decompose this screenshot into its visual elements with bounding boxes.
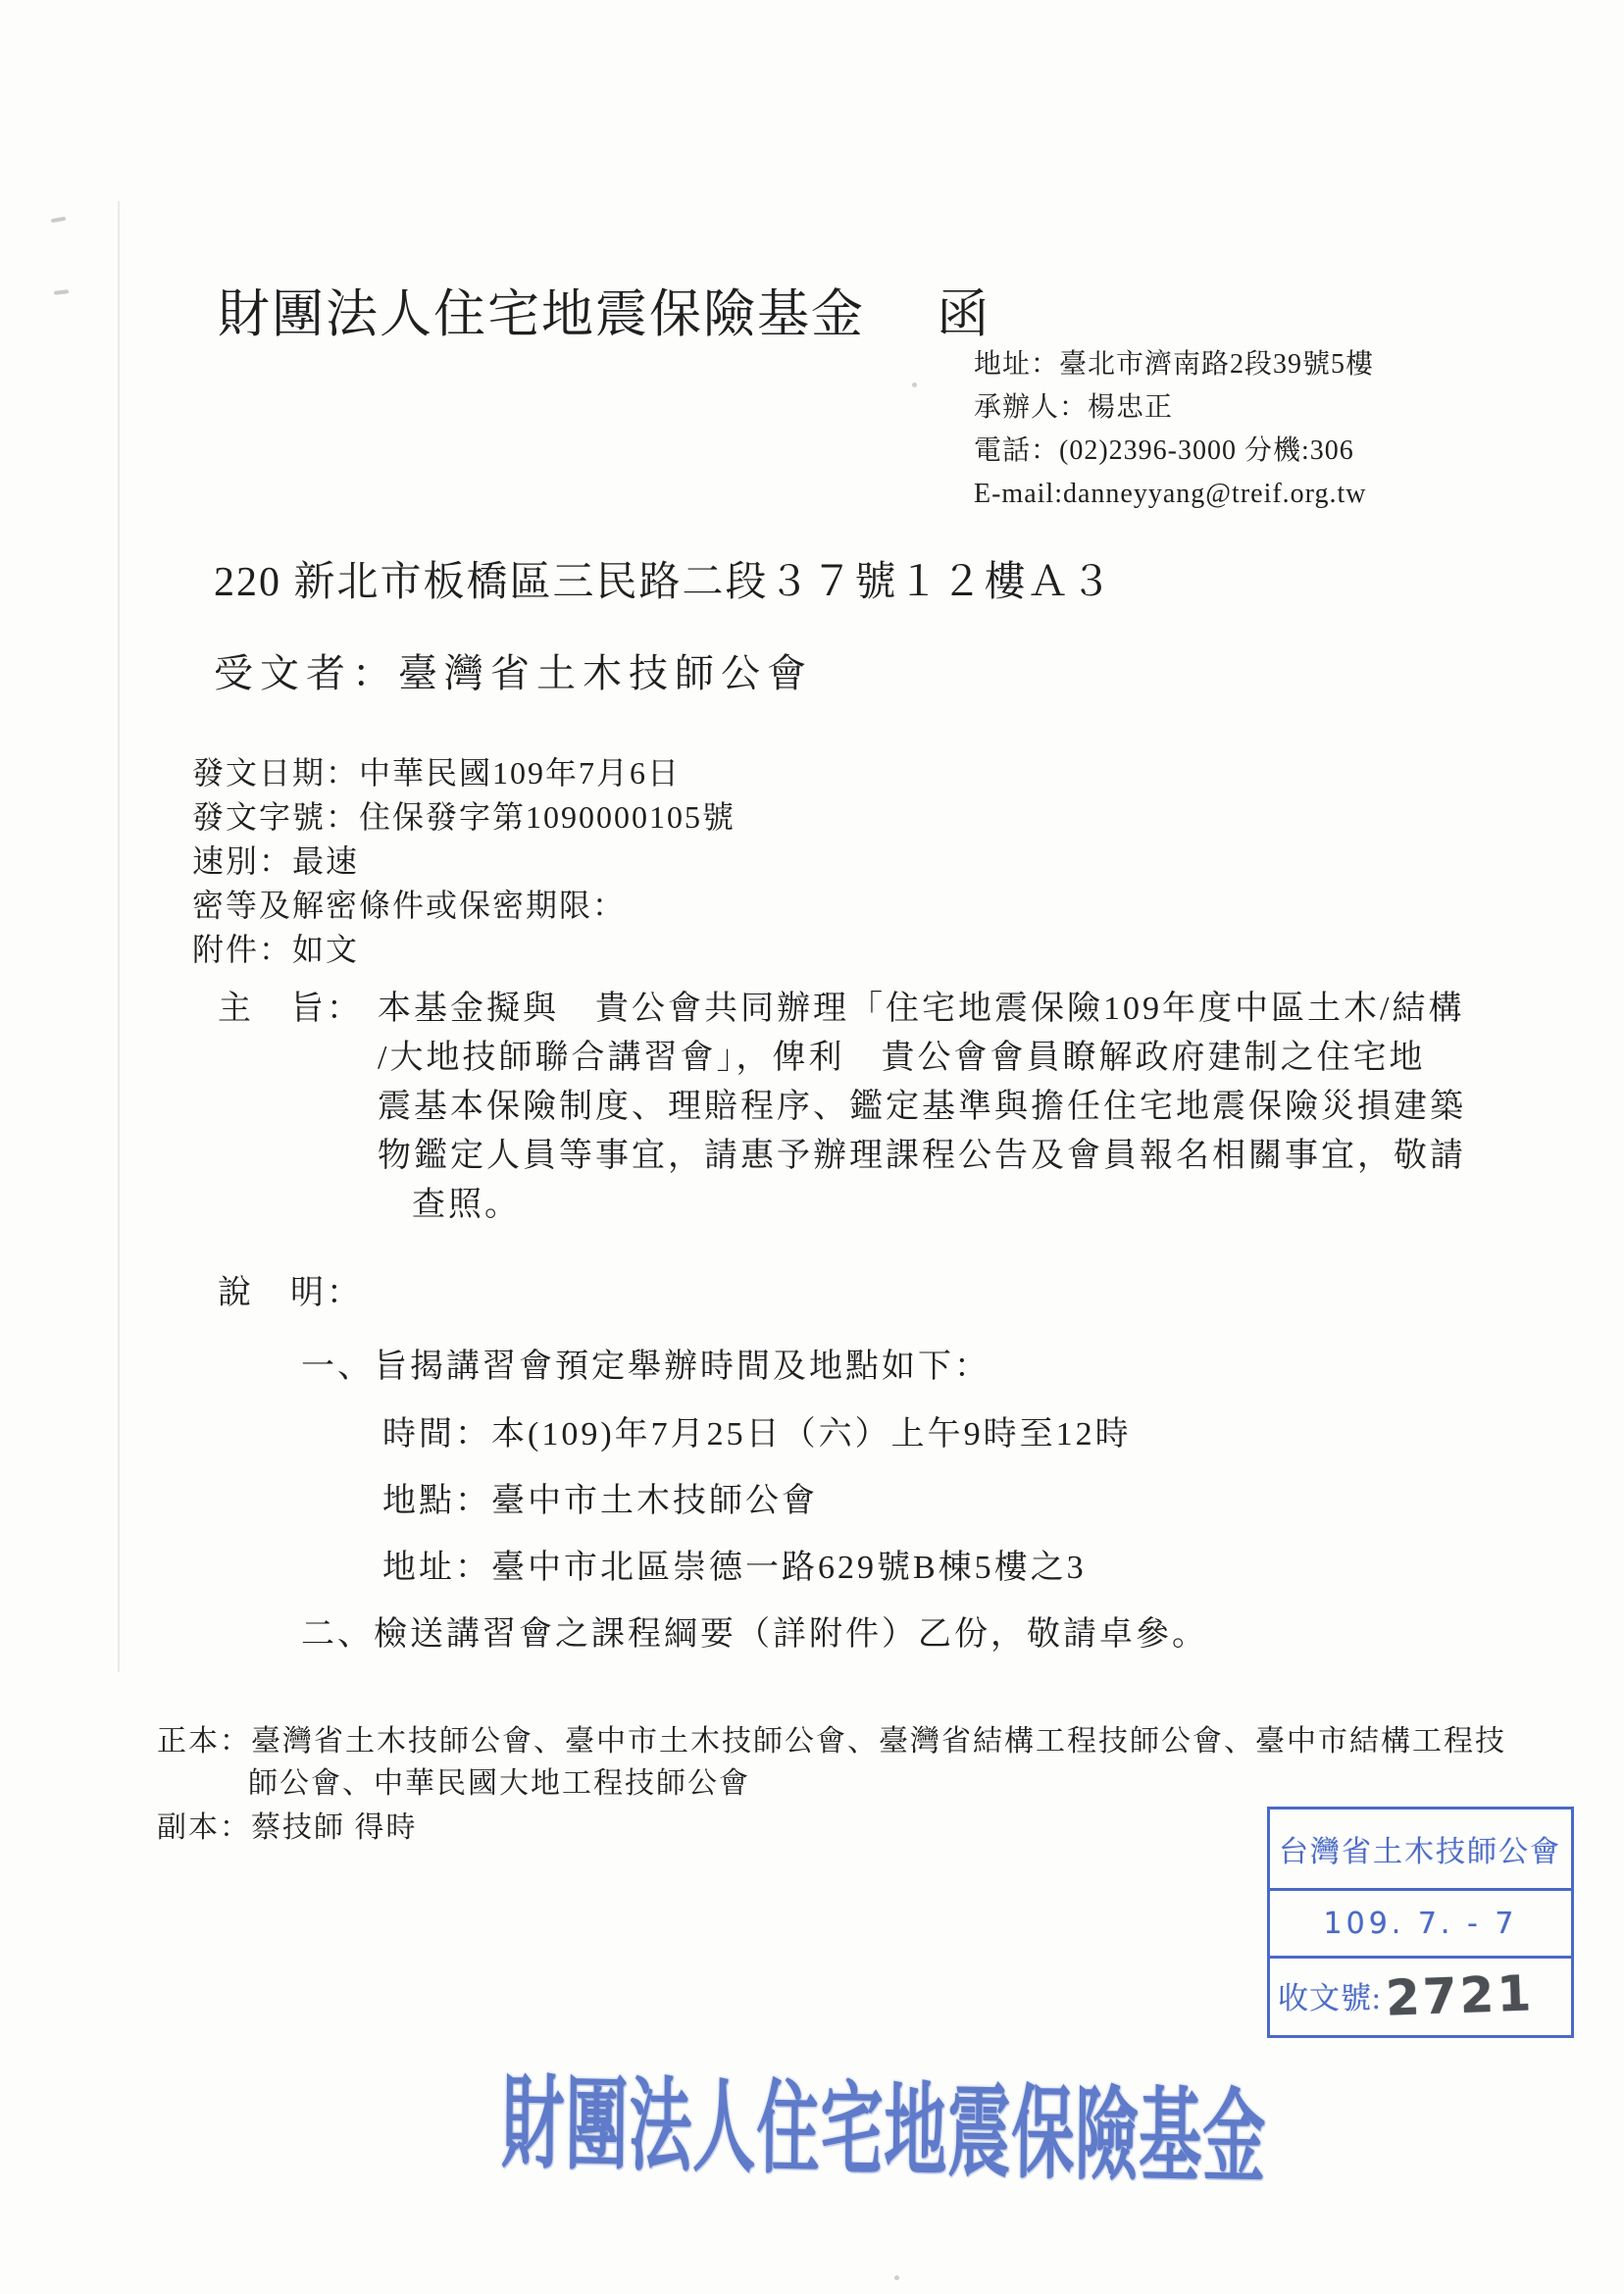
receipt-number-label: 收文號:	[1278, 1973, 1382, 2017]
subject-line: /大地技師聯合講習會」，俾利 貴公會會員瞭解政府建制之住宅地	[378, 1030, 1425, 1078]
subject-label: 主 旨：	[218, 981, 363, 1029]
meta-doc-number: 發文字號：住保發字第1090000105號	[192, 792, 736, 838]
event-time: 時間：本(109)年7月25日（六）上午9時至12時	[382, 1406, 1132, 1454]
meta-security: 密等及解密條件或保密期限：	[192, 881, 626, 926]
sender-contact-person: 承辦人：楊忠正	[974, 386, 1374, 430]
recipient-addressee: 受文者：臺灣省土木技師公會	[214, 642, 813, 698]
receipt-stamp-number-row: 收文號: 2721	[1270, 1956, 1571, 2032]
sender-phone: 電話：(02)2396-3000 分機:306	[974, 430, 1374, 473]
distribution-copy: 副本：蔡技師 得時	[157, 1803, 418, 1846]
recipient-postal-address: 220 新北市板橋區三民路二段３７號１２樓Ａ３	[214, 549, 1114, 608]
organization-seal: 財團法人住宅地震保險基金	[501, 2042, 1267, 2203]
receipt-number-handwritten: 2721	[1385, 1964, 1535, 2026]
subject-line: 物鑑定人員等事宜，請惠予辦理課程公告及會員報名相關事宜，敬請	[378, 1128, 1466, 1176]
receipt-stamp-date: 109. 7. - 7	[1270, 1888, 1571, 1956]
subject-line: 查照。	[412, 1177, 521, 1225]
scan-artifact-dot	[912, 382, 917, 387]
scan-artifact-dot	[894, 2275, 899, 2280]
receipt-stamp: 台灣省土木技師公會 109. 7. - 7 收文號: 2721	[1267, 1807, 1574, 2038]
sender-email: E-mail:danneyyang@treif.org.tw	[974, 473, 1374, 516]
subject-line: 本基金擬與 貴公會共同辦理「住宅地震保險109年度中區土木/結構	[378, 981, 1464, 1029]
explanation-item-2: 二、檢送講習會之課程綱要（詳附件）乙份，敬請卓參。	[301, 1606, 1208, 1655]
scan-artifact-vertical-streak	[118, 201, 120, 1672]
subject-line: 震基本保險制度、理賠程序、鑑定基準與擔任住宅地震保險災損建築	[378, 1079, 1466, 1127]
scan-artifact-mark	[54, 289, 69, 295]
receipt-stamp-org: 台灣省土木技師公會	[1270, 1810, 1571, 1888]
sender-contact-block: 地址：臺北市濟南路2段39號5樓 承辦人：楊忠正 電話：(02)2396-300…	[974, 343, 1374, 516]
document-title: 財團法人住宅地震保險基金 函	[218, 273, 990, 347]
issuer-name: 財團法人住宅地震保險基金	[218, 286, 865, 343]
scanned-letter-page: 財團法人住宅地震保險基金 函 地址：臺北市濟南路2段39號5樓 承辦人：楊忠正 …	[0, 0, 1624, 2294]
event-venue: 地點：臺中市土木技師公會	[382, 1473, 818, 1521]
document-type-letter: 函	[937, 286, 990, 343]
sender-address: 地址：臺北市濟南路2段39號5樓	[974, 343, 1374, 386]
distribution-original-line2: 師公會、中華民國大地工程技師公會	[248, 1759, 750, 1802]
meta-issue-date: 發文日期：中華民國109年7月6日	[192, 748, 681, 793]
explanation-label: 說 明：	[218, 1265, 363, 1313]
meta-attachment: 附件：如文	[192, 925, 359, 970]
distribution-original-line1: 正本：臺灣省土木技師公會、臺中市土木技師公會、臺灣省結構工程技師公會、臺中市結構…	[157, 1716, 1506, 1759]
event-address: 地址：臺中市北區崇德一路629號B棟5樓之3	[382, 1540, 1087, 1588]
explanation-item-1: 一、旨揭講習會預定舉辦時間及地點如下：	[301, 1339, 990, 1387]
meta-speed: 速別：最速	[192, 837, 359, 882]
scan-artifact-mark	[51, 217, 66, 224]
